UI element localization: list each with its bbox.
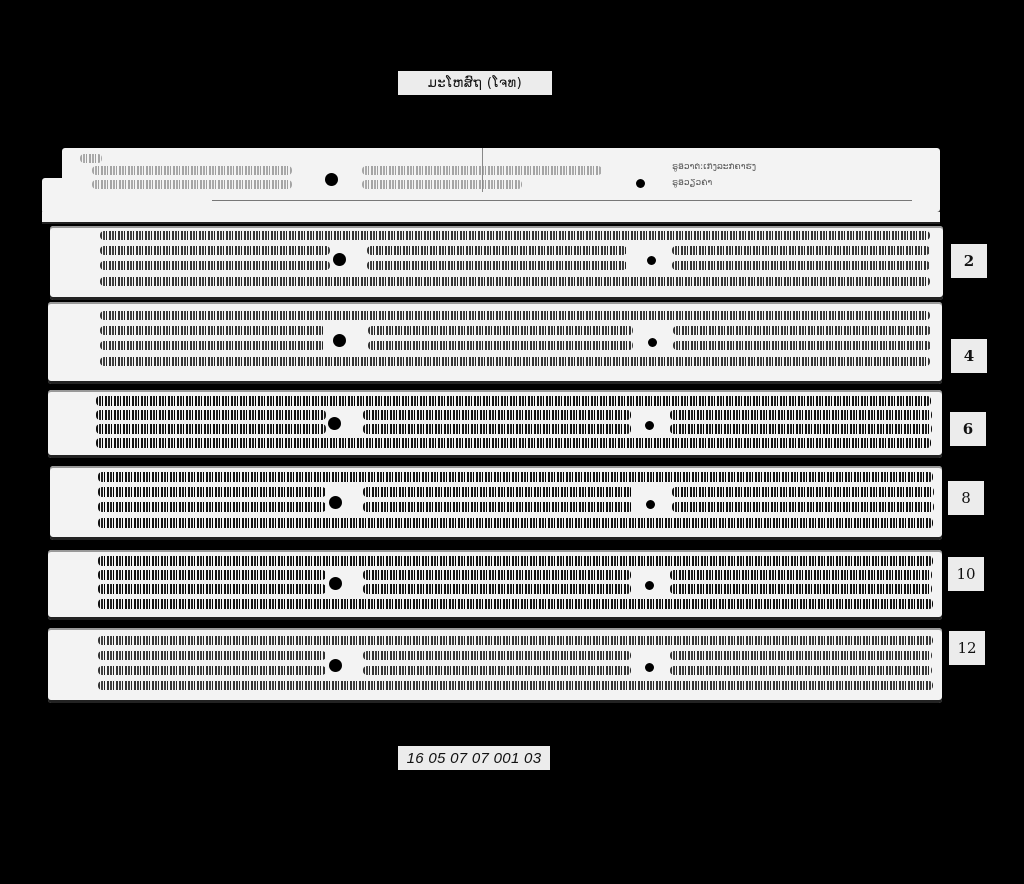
text-line (98, 472, 933, 482)
text-line (96, 410, 326, 420)
page-number: 10 (956, 565, 975, 583)
manuscript-leaf (48, 628, 942, 703)
page-number: 12 (957, 639, 976, 657)
text-line (363, 651, 631, 660)
text-line (673, 326, 931, 335)
text-line (368, 326, 633, 335)
manuscript-leaf (48, 302, 942, 384)
text-line (98, 570, 326, 580)
text-line (363, 502, 633, 512)
binding-hole (329, 659, 342, 672)
text-line (670, 651, 932, 660)
page-number: 6 (963, 420, 973, 438)
text-line (100, 246, 330, 255)
text-line (670, 570, 932, 580)
text-line (670, 424, 932, 434)
text-line (100, 277, 930, 286)
binding-hole (636, 179, 645, 188)
binding-hole (647, 256, 656, 265)
binding-hole (645, 581, 654, 590)
text-line (363, 666, 631, 675)
cover-title-line-2: ຣູອິວຽວຄ່ຳ (672, 179, 792, 188)
leaf-line (212, 200, 912, 201)
binding-hole (646, 500, 655, 509)
faded-text (362, 180, 522, 189)
text-line (363, 570, 631, 580)
text-line (98, 487, 326, 497)
binding-hole (648, 338, 657, 347)
text-line (363, 584, 631, 594)
text-line (100, 311, 930, 320)
text-line (100, 231, 930, 240)
cover-title-line-1: ຣູອິວາຕໍ:ເກິງລະກໍຄາຮົ່ງ (672, 163, 872, 172)
text-line (670, 410, 932, 420)
catalog-id: 16 05 07 07 001 03 (407, 750, 542, 767)
text-line (96, 438, 931, 448)
text-line (363, 424, 631, 434)
text-line (96, 424, 326, 434)
text-line (98, 556, 933, 566)
text-line (367, 246, 627, 255)
manuscript-title: ມະໂຫສົຖ (ໂຈທ) (428, 76, 522, 91)
page-number: 2 (964, 252, 974, 270)
text-line (672, 261, 930, 270)
cover-leaf-bottom (42, 212, 940, 224)
text-line (367, 261, 627, 270)
text-line (672, 246, 930, 255)
manuscript-title-label: ມະໂຫສົຖ (ໂຈທ) (398, 71, 552, 95)
text-line (363, 487, 633, 497)
binding-hole (329, 577, 342, 590)
text-line (98, 584, 326, 594)
page-number-label: 4 (951, 339, 987, 373)
text-line (98, 599, 933, 609)
text-line (672, 487, 934, 497)
faded-text (92, 180, 292, 189)
binding-hole (333, 253, 346, 266)
text-line (672, 502, 934, 512)
text-line (673, 341, 931, 350)
page-number: 4 (964, 347, 974, 365)
page-number-label: 10 (948, 557, 984, 591)
page-number-label: 12 (949, 631, 985, 665)
catalog-id-label: 16 05 07 07 001 03 (398, 746, 550, 770)
text-line (98, 666, 326, 675)
text-line (98, 681, 933, 690)
text-line (100, 261, 330, 270)
page-number-label: 6 (950, 412, 986, 446)
manuscript-leaf (48, 550, 942, 620)
text-line (98, 651, 326, 660)
text-line (96, 396, 931, 406)
manuscript-leaf (48, 390, 942, 458)
binding-hole (645, 421, 654, 430)
binding-hole (328, 417, 341, 430)
cover-leaf-edge (42, 178, 72, 214)
text-line (670, 584, 932, 594)
binding-hole (325, 173, 338, 186)
leaf-crease (482, 148, 483, 192)
page-number-label: 8 (948, 481, 984, 515)
manuscript-leaf (50, 466, 942, 540)
cover-leaf: ຣູອິວາຕໍ:ເກິງລະກໍຄາຮົ່ງ ຣູອິວຽວຄ່ຳ (62, 148, 940, 214)
text-line (363, 410, 631, 420)
page-number: 8 (961, 489, 971, 507)
text-line (100, 341, 325, 350)
text-line (98, 502, 326, 512)
text-line (98, 518, 933, 528)
binding-hole (645, 663, 654, 672)
binding-hole (333, 334, 346, 347)
faded-text (92, 166, 292, 175)
page-number-label: 2 (951, 244, 987, 278)
text-line (670, 666, 932, 675)
text-line (98, 636, 933, 645)
text-line (100, 357, 930, 366)
text-line (100, 326, 325, 335)
faded-text (80, 154, 102, 163)
text-line (368, 341, 633, 350)
manuscript-leaf (50, 226, 943, 300)
binding-hole (329, 496, 342, 509)
